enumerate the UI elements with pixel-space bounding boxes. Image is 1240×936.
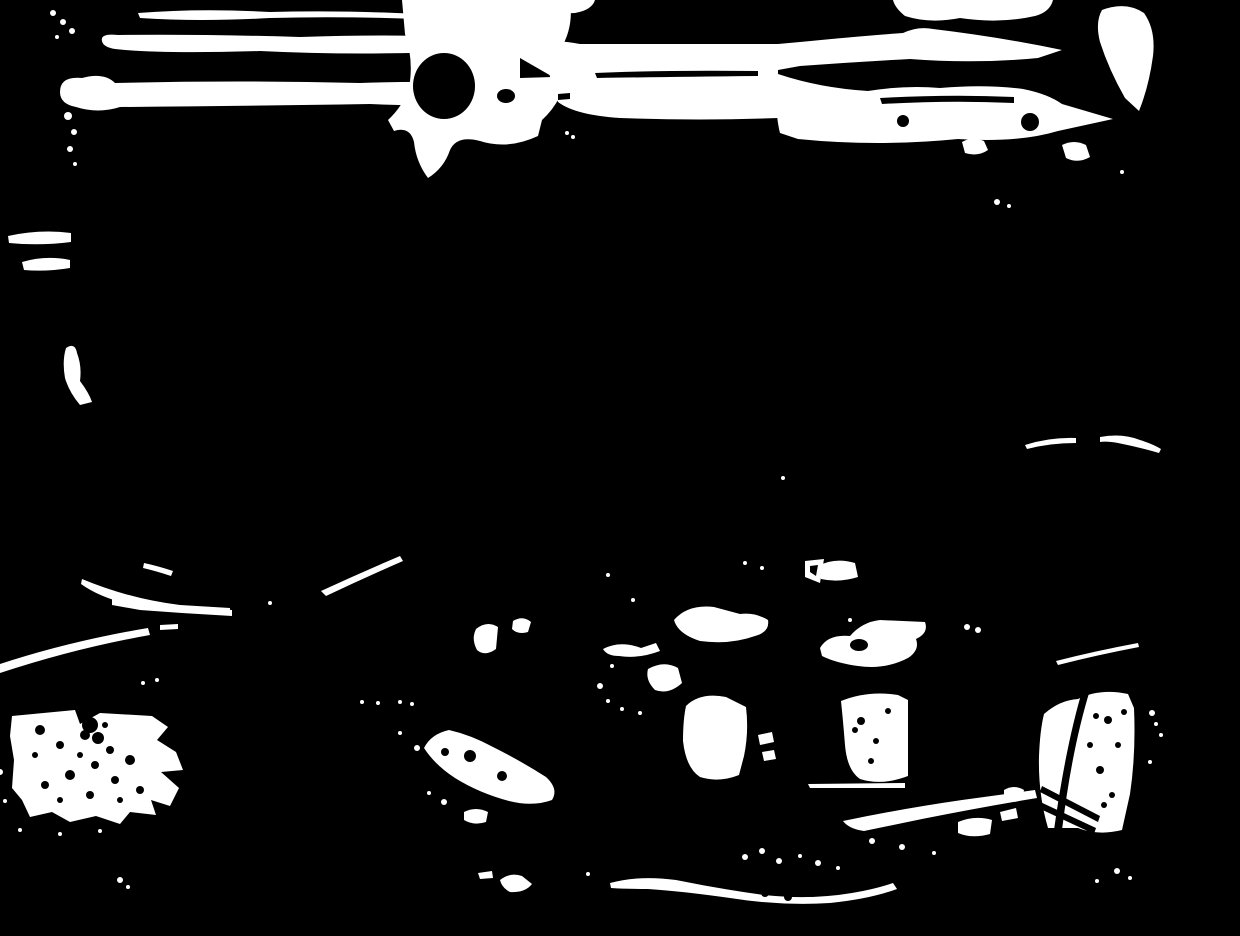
speck (1007, 204, 1011, 208)
speck (427, 791, 431, 795)
speck (1154, 722, 1158, 726)
speck (98, 829, 102, 833)
speck (1114, 868, 1120, 874)
wedge-speckle (1101, 802, 1107, 808)
blob-hole (873, 738, 879, 744)
blob-speckle (92, 732, 104, 744)
speck (1148, 760, 1152, 764)
blob-hole (857, 717, 865, 725)
speck (975, 627, 981, 633)
speck (117, 877, 123, 883)
speck (18, 828, 22, 832)
crescent-hole (761, 889, 769, 897)
speck (932, 851, 936, 855)
blob-speckle (125, 755, 135, 765)
speck (899, 844, 905, 850)
speck (781, 476, 785, 480)
blob-speckle (111, 776, 119, 784)
crescent-hole (753, 882, 759, 888)
speck (610, 664, 614, 668)
blob-speckle (41, 781, 49, 789)
speck (360, 700, 364, 704)
speck (50, 10, 56, 16)
blob-speckle (57, 797, 63, 803)
blob-speckle (117, 797, 123, 803)
leaf-blob-a (474, 624, 498, 653)
speck (71, 129, 77, 135)
speck (376, 701, 380, 705)
speck (64, 112, 72, 120)
speck (848, 618, 852, 622)
center-blob-left (683, 696, 747, 780)
binary-image-canvas (0, 0, 1240, 936)
blob-speckle (136, 786, 144, 794)
speck (994, 199, 1000, 205)
band-hole (897, 115, 909, 127)
crescent-hole (784, 893, 792, 901)
speck (55, 35, 59, 39)
blob-speckle (77, 752, 83, 758)
speck (58, 832, 62, 836)
speck (141, 681, 145, 685)
wedge-speckle (1096, 766, 1104, 774)
speck (815, 860, 821, 866)
speck (126, 885, 130, 889)
speck (759, 848, 765, 854)
blob-hole (868, 758, 874, 764)
wedge-speckle (1087, 742, 1093, 748)
blob-speckle (35, 725, 45, 735)
speck (441, 799, 447, 805)
speck (565, 131, 569, 135)
speck (414, 745, 420, 751)
wedge-speckle (1115, 742, 1121, 748)
wedge-speckle (1104, 716, 1112, 724)
blob-speckle (86, 791, 94, 799)
leaf-blob-b (512, 618, 531, 633)
slab-dark-dash (558, 93, 570, 100)
wedge-speckle (1109, 792, 1115, 798)
speck (398, 731, 402, 735)
speck (597, 683, 603, 689)
speck (606, 699, 610, 703)
speck (586, 872, 590, 876)
speck (73, 162, 77, 166)
speck (743, 561, 747, 565)
blob-speckle (56, 741, 64, 749)
wedge-left-bit-a (1004, 787, 1024, 802)
speck (67, 146, 73, 152)
crescent-hole (827, 889, 833, 895)
speck (268, 601, 272, 605)
speck (3, 799, 7, 803)
blob-hole (885, 708, 891, 714)
blob-speckle (91, 761, 99, 769)
speck (1120, 170, 1124, 174)
speck (571, 135, 575, 139)
speck (776, 858, 782, 864)
speck (155, 678, 159, 682)
central-mass-hole-small (497, 89, 515, 103)
center-bit-b (762, 750, 776, 761)
speck (69, 28, 75, 34)
speck (631, 598, 635, 602)
speck (620, 707, 624, 711)
thresholded-photo: High-contrast binarized (thresholded) bl… (0, 0, 1240, 936)
speck (869, 838, 875, 844)
plant-patch-above (818, 561, 858, 581)
speck (1095, 879, 1099, 883)
speck (836, 866, 840, 870)
speck (398, 700, 402, 704)
band-hole (1021, 113, 1039, 131)
speck (606, 573, 610, 577)
speck (964, 624, 970, 630)
blob-hole (852, 727, 858, 733)
speck (638, 711, 642, 715)
wing-hole (497, 771, 507, 781)
streak-bit (958, 818, 992, 836)
right-slab-left (545, 41, 778, 119)
blob-speckle (32, 752, 38, 758)
speck (798, 854, 802, 858)
speck (742, 854, 748, 860)
wing-detached-bit (464, 809, 488, 824)
speck (60, 19, 66, 25)
crescent-hole (809, 891, 815, 897)
blob-speckle (82, 717, 98, 733)
wing-hole (464, 750, 476, 762)
plant-patch-right-hole (850, 639, 868, 651)
speck (1128, 876, 1132, 880)
blob-speckle (65, 770, 75, 780)
blob-speckle (106, 746, 114, 754)
center-blob-right (841, 693, 908, 781)
wing-hole (441, 748, 449, 756)
speck (760, 566, 764, 570)
speck (410, 702, 414, 706)
central-mass-hole (413, 53, 475, 119)
speck (1159, 733, 1163, 737)
rim-dash (160, 624, 178, 630)
wedge-speckle (1093, 713, 1099, 719)
wedge-speckle (1121, 709, 1127, 715)
blob-speckle (102, 722, 108, 728)
speck (1149, 710, 1155, 716)
